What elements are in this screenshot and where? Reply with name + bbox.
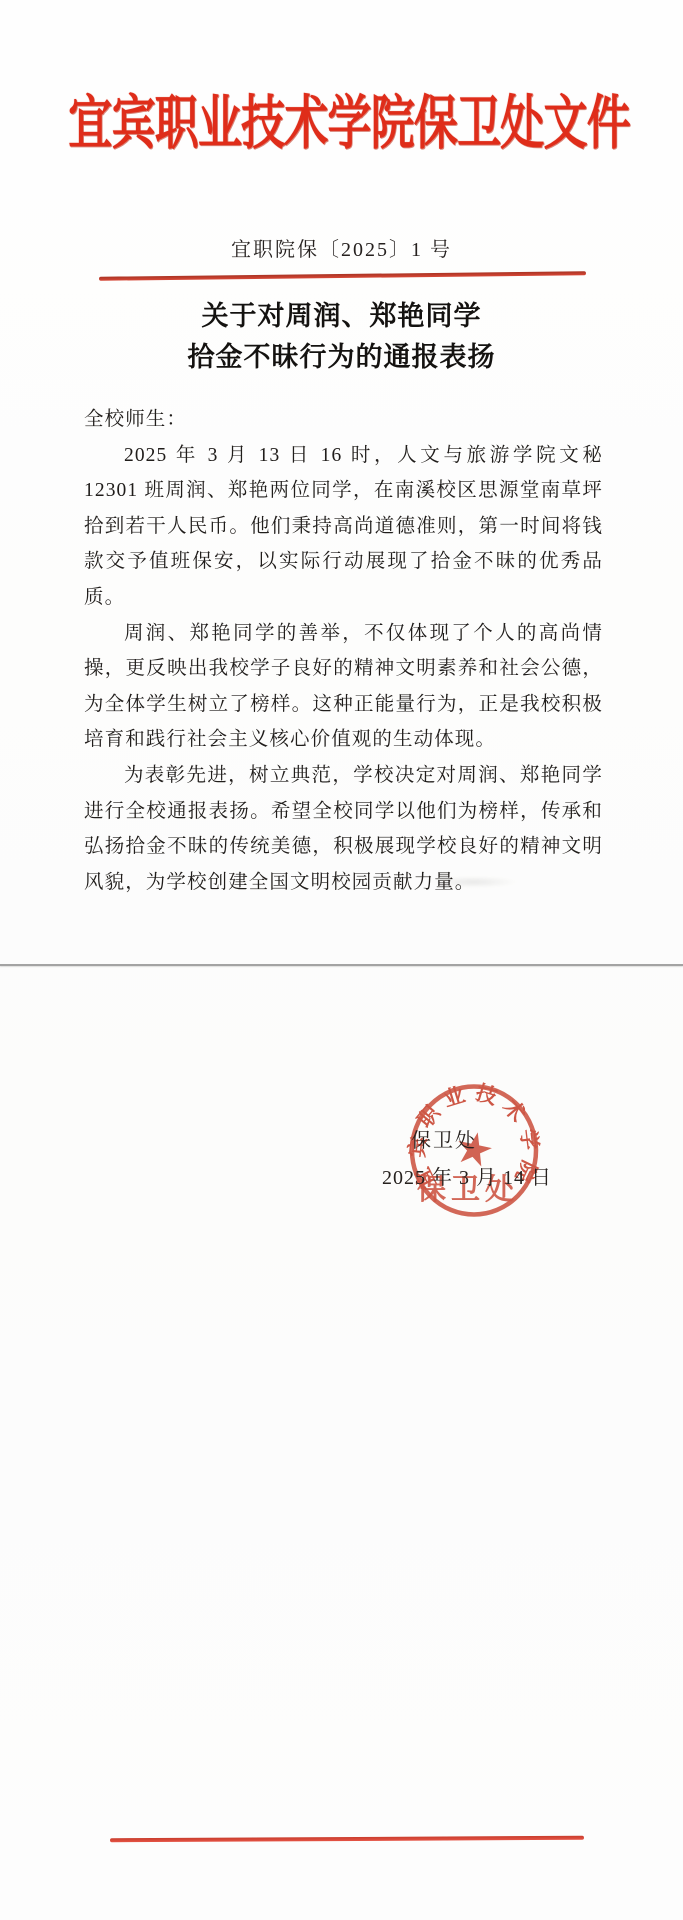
title-line-2: 拾金不昧行为的通报表扬 — [0, 337, 683, 378]
document-body: 全校师生： 2025 年 3 月 13 日 16 时，人文与旅游学院文秘 123… — [84, 402, 603, 900]
salutation: 全校师生： — [84, 402, 603, 438]
signature-date: 2025 年 3 月 14 日 — [382, 1161, 532, 1190]
masthead-title: 宜宾职业技术学院保卫处文件 — [68, 86, 614, 162]
title-line-1: 关于对周润、郑艳同学 — [0, 296, 683, 337]
paragraph-1: 2025 年 3 月 13 日 16 时，人文与旅游学院文秘 12301 班周润… — [84, 438, 603, 616]
page-separator-line — [0, 964, 683, 966]
header-separator-line — [99, 271, 586, 281]
document-title: 关于对周润、郑艳同学 拾金不昧行为的通报表扬 — [0, 296, 683, 378]
footer-separator-line — [110, 1836, 584, 1842]
signature-department: 保卫处 — [369, 1124, 519, 1153]
paragraph-2: 周润、郑艳同学的善举，不仅体现了个人的高尚情操，更反映出我校学子良好的精神文明素… — [84, 616, 603, 758]
document-page: 宜宾职业技术学院保卫处文件 宜职院保〔2025〕1 号 关于对周润、郑艳同学 拾… — [0, 0, 683, 1920]
scan-smudge — [428, 876, 518, 888]
paragraph-3: 为表彰先进，树立典范，学校决定对周润、郑艳同学进行全校通报表扬。希望全校同学以他… — [84, 758, 603, 900]
document-number: 宜职院保〔2025〕1 号 — [0, 233, 683, 262]
